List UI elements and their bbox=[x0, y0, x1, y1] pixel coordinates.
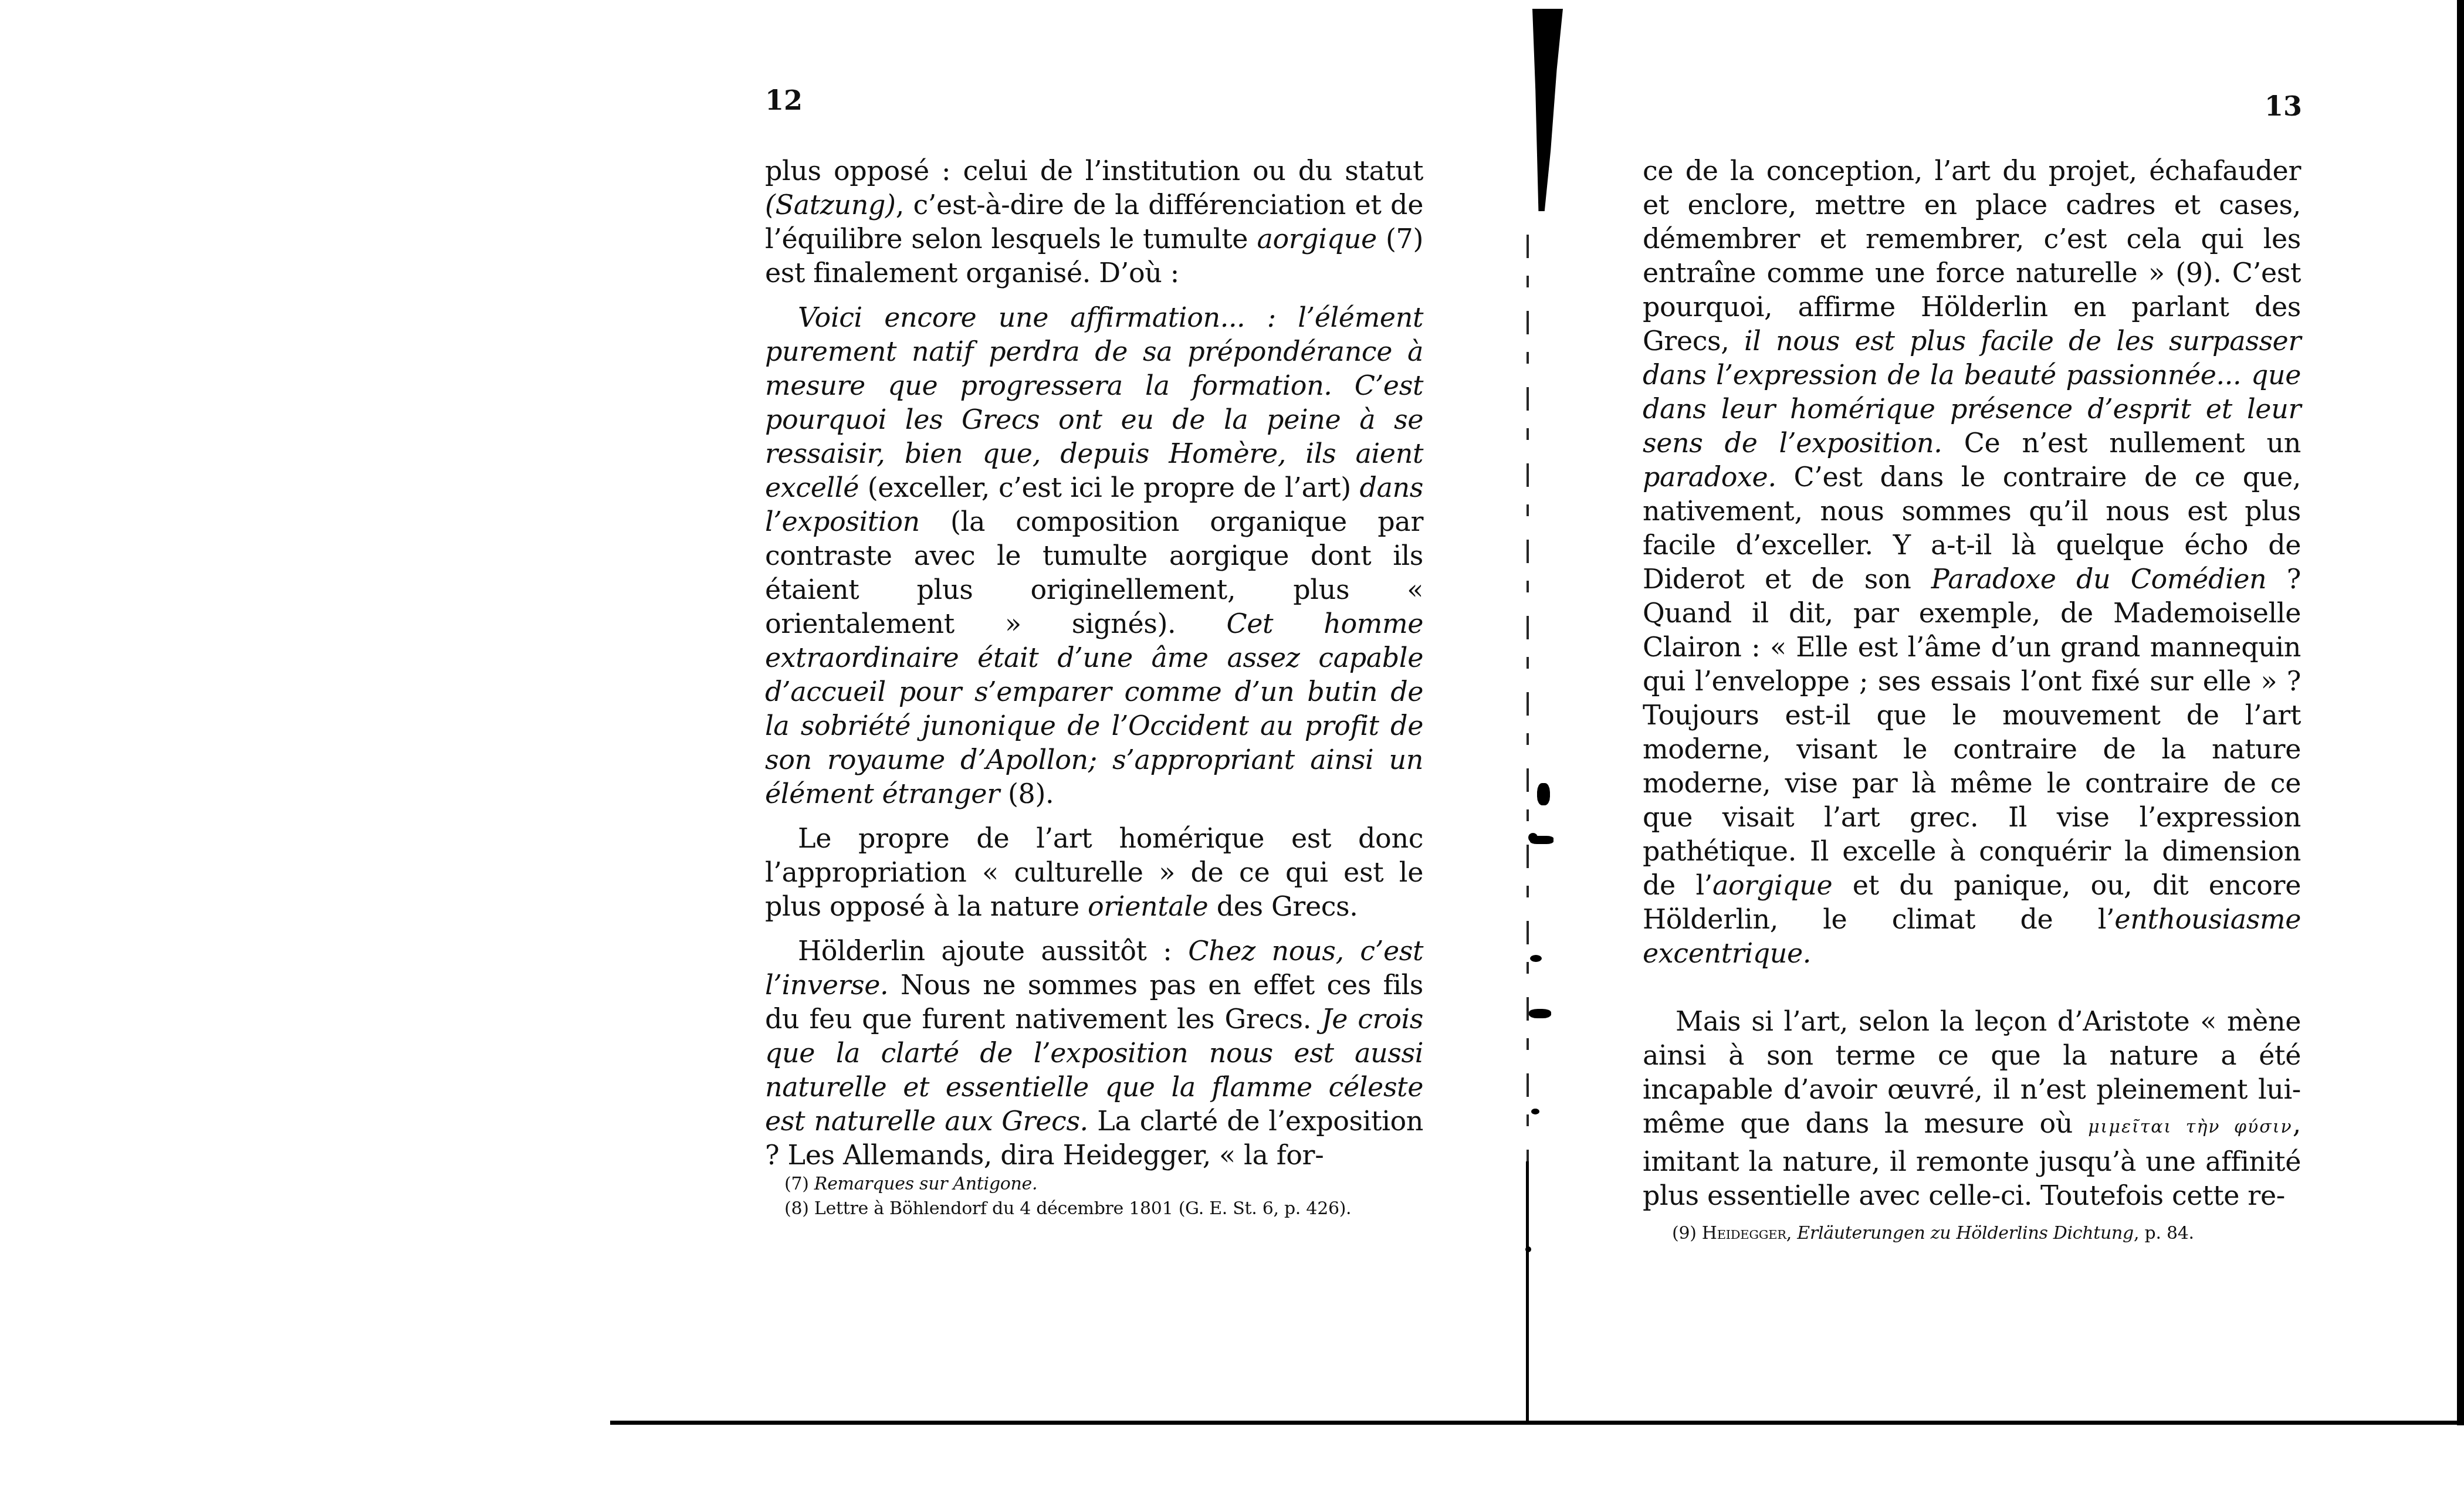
right-page-footnotes: (9) Heidegger, Erläuterungen zu Hölderli… bbox=[1643, 1221, 2300, 1246]
text: (9) bbox=[1672, 1223, 1702, 1244]
page-right-edge bbox=[2457, 0, 2464, 1425]
footnote-paragraph: (7) Remarques sur Antigone. bbox=[755, 1172, 1418, 1197]
text: plus opposé : celui de l’institution ou … bbox=[765, 155, 1423, 187]
text: des Grecs. bbox=[1208, 890, 1358, 922]
footnote-paragraph: (8) Lettre à Böhlendorf du 4 décembre 18… bbox=[755, 1197, 1418, 1221]
italic-text: paradoxe. bbox=[1643, 461, 1776, 493]
gutter-blot bbox=[1537, 783, 1550, 805]
italic-text: Paradoxe du Comédien bbox=[1931, 563, 2266, 595]
italic-text: (Satzung) bbox=[765, 189, 896, 221]
text: (exceller, c’est ici le propre de l’art) bbox=[859, 472, 1359, 503]
italic-text: aorgique bbox=[1257, 223, 1376, 255]
left-page-body: plus opposé : celui de l’institution ou … bbox=[765, 154, 1423, 1172]
left-page-footnotes: (7) Remarques sur Antigone.(8) Lettre à … bbox=[755, 1172, 1418, 1221]
gutter-blot bbox=[1529, 1009, 1551, 1018]
body-paragraph: Voici encore une affirmation... : l’élém… bbox=[765, 300, 1423, 811]
italic-text: Remarques sur Antigone. bbox=[814, 1174, 1037, 1194]
text: Heidegger bbox=[1702, 1223, 1786, 1244]
text: (7) bbox=[784, 1174, 814, 1194]
text: Hölderlin ajoute aussitôt : bbox=[798, 935, 1188, 967]
gutter-blot bbox=[1530, 836, 1553, 844]
text: Ce n’est nullement un bbox=[1942, 427, 2301, 459]
text: , bbox=[1786, 1223, 1797, 1244]
gutter-blot bbox=[1525, 1246, 1531, 1252]
body-paragraph: Le propre de l’art homérique est donc l’… bbox=[765, 821, 1423, 923]
body-paragraph: Hölderlin ajoute aussitôt : Chez nous, c… bbox=[765, 934, 1423, 1172]
greek-quote: μιμεῖται τὴν φύσιν bbox=[2088, 1117, 2293, 1137]
text: , p. 84. bbox=[2134, 1223, 2194, 1244]
right-page-body: ce de la conception, l’art du projet, éc… bbox=[1643, 154, 2301, 1212]
text: (8). bbox=[1000, 778, 1054, 809]
footnote-paragraph: (9) Heidegger, Erläuterungen zu Hölderli… bbox=[1643, 1221, 2300, 1246]
gutter-blot bbox=[1531, 1109, 1539, 1114]
gutter-blot bbox=[1530, 955, 1542, 962]
page-bottom-edge bbox=[610, 1421, 2464, 1425]
body-paragraph: Mais si l’art, selon la leçon d’Aristote… bbox=[1643, 1004, 2301, 1212]
spine-shadow bbox=[1532, 9, 1563, 211]
gutter-line-lower bbox=[1526, 1161, 1529, 1422]
italic-text: Erläuterungen zu Hölderlins Dichtung bbox=[1797, 1223, 2134, 1244]
text: (8) Lettre à Böhlendorf du 4 décembre 18… bbox=[784, 1198, 1351, 1219]
text: ? Quand il dit, par exemple, de Mademois… bbox=[1643, 563, 2301, 901]
italic-text: aorgique bbox=[1712, 869, 1832, 901]
body-paragraph: ce de la conception, l’art du projet, éc… bbox=[1643, 154, 2301, 970]
page-number-right: 13 bbox=[2265, 93, 2302, 120]
page-number-left: 12 bbox=[765, 87, 803, 114]
body-paragraph: plus opposé : celui de l’institution ou … bbox=[765, 154, 1423, 290]
italic-text: orientale bbox=[1088, 890, 1209, 922]
